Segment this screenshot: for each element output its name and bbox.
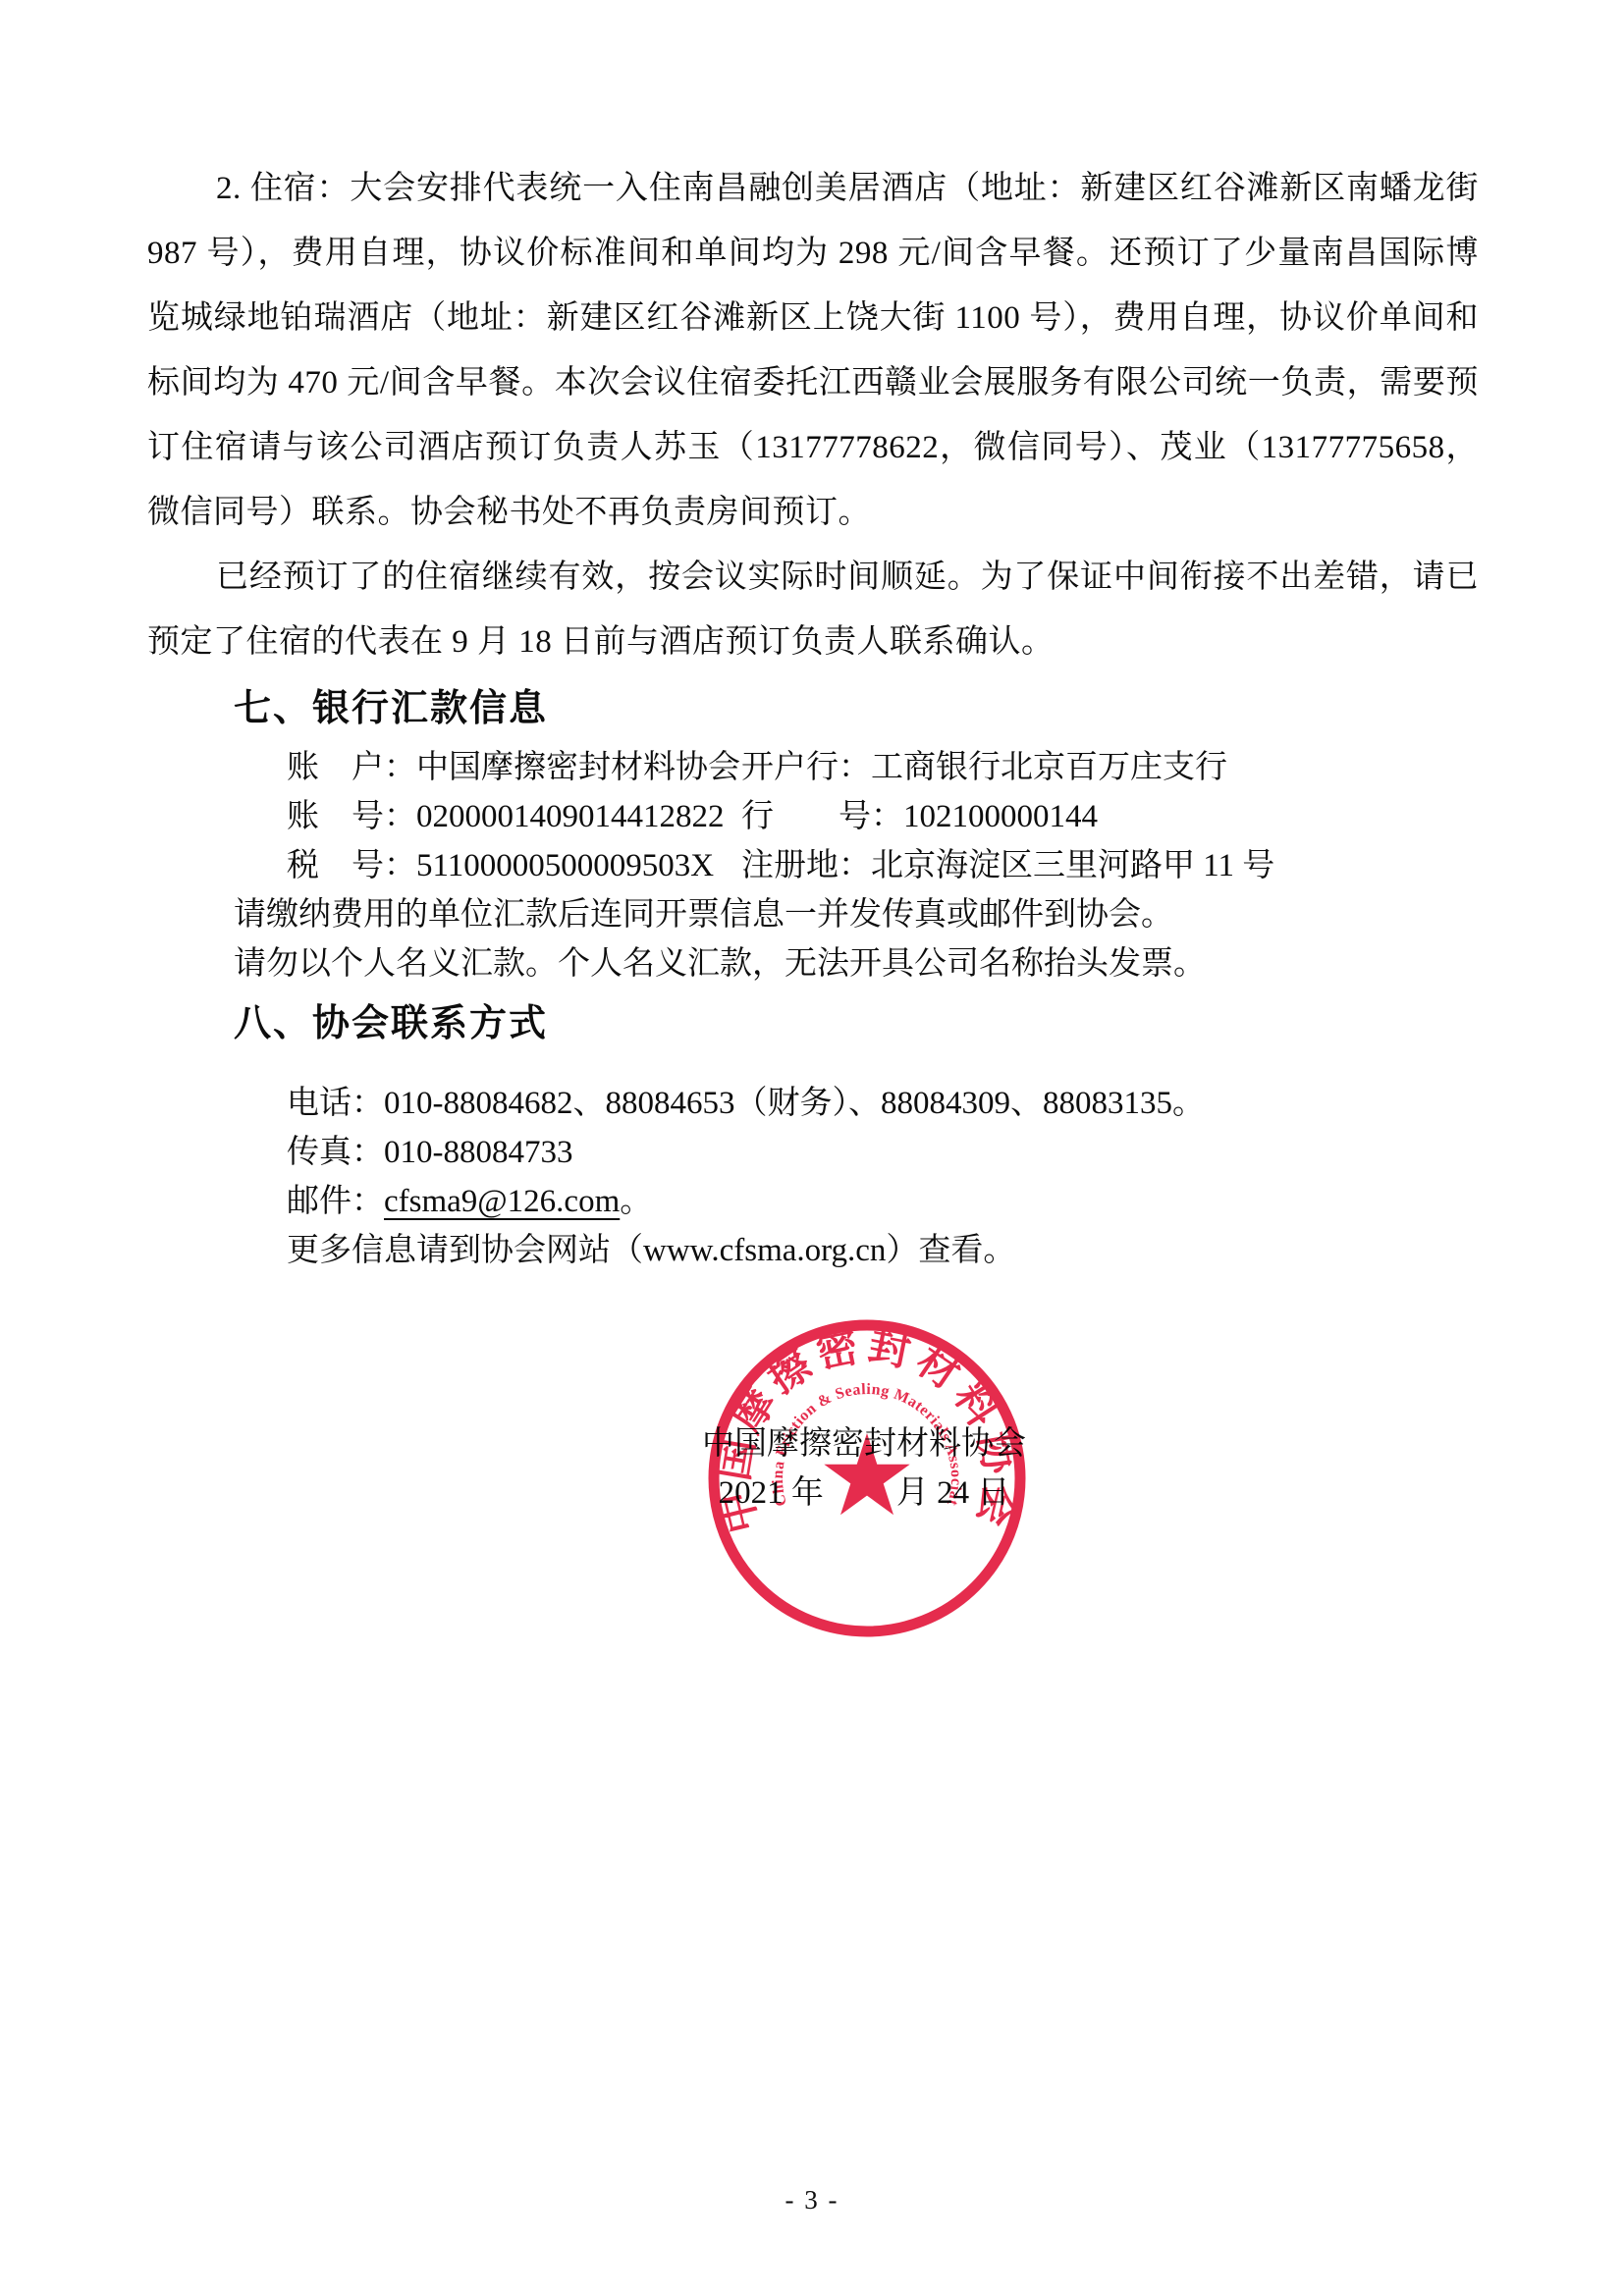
email-line: 邮件：cfsma9@126.com。 (147, 1177, 1479, 1226)
paragraph-line: 标间均为 470 元/间含早餐。本次会议住宿委托江西赣业会展服务有限公司统一负责… (147, 350, 1479, 415)
bank-branch-number: 行 号：102100000144 (741, 799, 1098, 834)
phone-line: 电话：010-88084682、88084653（财务）、88084309、88… (147, 1079, 1479, 1128)
bank-account-name: 账 户：中国摩擦密封材料协会 (287, 743, 741, 792)
paragraph-line: 订住宿请与该公司酒店预订负责人苏玉（13177778622，微信同号）、茂业（1… (147, 415, 1479, 480)
paragraph-line: 览城绿地铂瑞酒店（地址：新建区红谷滩新区上饶大街 1100 号），费用自理，协议… (147, 286, 1479, 350)
page-number: - 3 - (0, 2185, 1624, 2215)
email-suffix: 。 (620, 1184, 652, 1219)
tax-number: 税 号：51100000500009503X (287, 841, 741, 890)
seal-graphic: 中国摩擦密封材料协会 China Friction & Sealing Mate… (703, 1314, 1031, 1642)
paragraph-line: 预定了住宿的代表在 9 月 18 日前与酒店预订负责人联系确认。 (147, 610, 1479, 674)
bank-account-number: 账 号：0200001409014412822 (287, 792, 741, 841)
bank-info-row: 账 号：0200001409014412822行 号：102100000144 (147, 792, 1479, 841)
star-icon (824, 1433, 909, 1515)
remittance-note: 请缴纳费用的单位汇款后连同开票信息一并发传真或邮件到协会。 (147, 890, 1479, 939)
bank-info-row: 账 户：中国摩擦密封材料协会开户行：工商银行北京百万庄支行 (147, 743, 1479, 792)
contact-block: 电话：010-88084682、88084653（财务）、88084309、88… (147, 1079, 1479, 1275)
document-body: 2. 住宿：大会安排代表统一入住南昌融创美居酒店（地址：新建区红谷滩新区南蟠龙街… (147, 156, 1479, 1275)
fax-line: 传真：010-88084733 (147, 1128, 1479, 1177)
official-seal-stamp: 中国摩擦密封材料协会 China Friction & Sealing Mate… (703, 1314, 1031, 1642)
bank-branch: 开户行：工商银行北京百万庄支行 (741, 750, 1227, 785)
email-link[interactable]: cfsma9@126.com (384, 1184, 620, 1219)
paragraph-line: 已经预订了的住宿继续有效，按会议实际时间顺延。为了保证中间衔接不出差错，请已 (147, 545, 1479, 610)
section-heading-contact-info: 八、协会联系方式 (147, 988, 1479, 1059)
bank-info-row: 税 号：51100000500009503X注册地：北京海淀区三里河路甲 11 … (147, 841, 1479, 890)
document-page: 2. 住宿：大会安排代表统一入住南昌融创美居酒店（地址：新建区红谷滩新区南蟠龙街… (0, 0, 1624, 2296)
email-label: 邮件： (287, 1184, 384, 1219)
paragraph-line: 987 号），费用自理，协议价标准间和单间均为 298 元/间含早餐。还预订了少… (147, 221, 1479, 286)
website-line: 更多信息请到协会网站（www.cfsma.org.cn）查看。 (147, 1226, 1479, 1275)
registered-address: 注册地：北京海淀区三里河路甲 11 号 (741, 848, 1274, 883)
paragraph-line: 微信同号）联系。协会秘书处不再负责房间预订。 (147, 480, 1479, 545)
remittance-note: 请勿以个人名义汇款。个人名义汇款，无法开具公司名称抬头发票。 (147, 939, 1479, 988)
seal-chinese-text: 中国摩擦密封材料协会 (709, 1320, 1025, 1537)
section-heading-bank-info: 七、银行汇款信息 (147, 674, 1479, 743)
paragraph-line: 2. 住宿：大会安排代表统一入住南昌融创美居酒店（地址：新建区红谷滩新区南蟠龙街 (147, 156, 1479, 221)
